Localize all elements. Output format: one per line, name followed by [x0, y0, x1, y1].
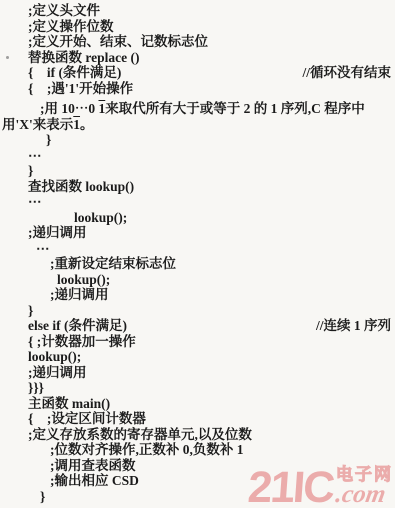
code-line: { ;计数器加一操作 [0, 334, 395, 350]
code-line: ;重新设定结束标志位 [0, 256, 395, 272]
code-line: ;位数对齐操作,正数补 0,负数补 1 [0, 442, 395, 458]
watermark-right-column: 电子网 .com [336, 466, 393, 507]
code-line: 替换函数 replace () [0, 50, 395, 66]
code-text: 用'X'来表示1。 [2, 117, 94, 133]
code-line: 查找函数 lookup() [0, 179, 395, 195]
code-text: ;用 10⋯0 1来取代所有大于或等于 2 的 1 序列,C 程序中 [40, 101, 365, 117]
code-text: lookup(); [57, 272, 110, 288]
code-line: 主函数 main() [0, 396, 395, 412]
code-text: lookup(); [28, 349, 81, 365]
code-text: { ;设定区间计数器 [28, 411, 146, 427]
code-line: ⋯ [0, 194, 395, 210]
code-text: } [40, 489, 45, 505]
code-line: lookup(); [0, 349, 395, 365]
watermark-site-name: 电子网 [336, 466, 393, 483]
code-text: } [46, 132, 51, 148]
code-text: { ;遇'1'开始操作 [28, 81, 133, 97]
code-text: ;递归调用 [28, 365, 87, 381]
pseudocode-block: ;定义头文件;定义操作位数;定义开始、结束、记数标志位替换函数 replace … [0, 3, 395, 504]
code-text: 替换函数 replace () [28, 50, 139, 66]
code-line: ;递归调用 [0, 287, 395, 303]
code-line: { ;设定区间计数器 [0, 411, 395, 427]
code-text: ;定义操作位数 [28, 19, 114, 35]
inline-comment: //循环没有结束 [302, 65, 395, 81]
code-line: } [0, 132, 395, 148]
code-line: 用'X'来表示1。 [0, 117, 395, 133]
code-line: ⋯ [0, 148, 395, 164]
code-text: ;重新设定结束标志位 [50, 256, 176, 272]
watermark-domain-suffix: .com [334, 484, 395, 507]
scan-speck [6, 56, 9, 59]
code-text: ;调用查表函数 [50, 458, 136, 474]
code-line: else if (条件满足)//连续 1 序列 [0, 318, 395, 334]
code-line: { if (条件满足)//循环没有结束 [0, 65, 395, 81]
code-line: } [0, 163, 395, 179]
code-text: ;输出相应 CSD [50, 473, 139, 489]
code-text: ;位数对齐操作,正数补 0,负数补 1 [50, 442, 244, 458]
code-line: ;定义开始、结束、记数标志位 [0, 34, 395, 50]
code-text: ⋯ [28, 148, 42, 164]
code-line: lookup(); [0, 272, 395, 288]
code-text: lookup(); [74, 210, 127, 226]
21ic-watermark: 21IC 电子网 .com [248, 466, 393, 507]
code-line: ;递归调用 [0, 365, 395, 381]
code-line: ;定义存放系数的寄存器单元,以及位数 [0, 427, 395, 443]
code-line: ⋯ [0, 241, 395, 257]
code-line: }}} [0, 380, 395, 396]
overline-digit: 1 [73, 117, 80, 132]
code-text: } [28, 163, 33, 179]
code-text: ⋯ [36, 241, 50, 257]
code-text: ;递归调用 [28, 225, 87, 241]
code-text: }}} [28, 380, 44, 396]
code-line: ;递归调用 [0, 225, 395, 241]
code-line: ;用 10⋯0 1来取代所有大于或等于 2 的 1 序列,C 程序中 [0, 101, 395, 117]
code-text: ;递归调用 [50, 287, 109, 303]
code-text: ;定义开始、结束、记数标志位 [28, 34, 208, 50]
code-line: ;定义头文件 [0, 3, 395, 19]
code-text: 查找函数 lookup() [28, 179, 134, 195]
code-text: } [28, 303, 33, 319]
document-page: ;定义头文件;定义操作位数;定义开始、结束、记数标志位替换函数 replace … [0, 0, 395, 508]
code-line: ;定义操作位数 [0, 19, 395, 35]
code-text: { if (条件满足) [28, 65, 121, 81]
code-text: ;定义头文件 [28, 3, 100, 19]
code-line: } [0, 303, 395, 319]
code-line: lookup(); [0, 210, 395, 226]
watermark-logo-text: 21IC [247, 470, 334, 506]
code-text: ;定义存放系数的寄存器单元,以及位数 [28, 427, 252, 443]
code-text: else if (条件满足) [28, 318, 127, 334]
code-text: ⋯ [28, 194, 42, 210]
code-text: { ;计数器加一操作 [28, 334, 136, 350]
code-line: { ;遇'1'开始操作 [0, 81, 395, 97]
code-text: 主函数 main() [28, 396, 110, 412]
inline-comment: //连续 1 序列 [316, 318, 395, 334]
